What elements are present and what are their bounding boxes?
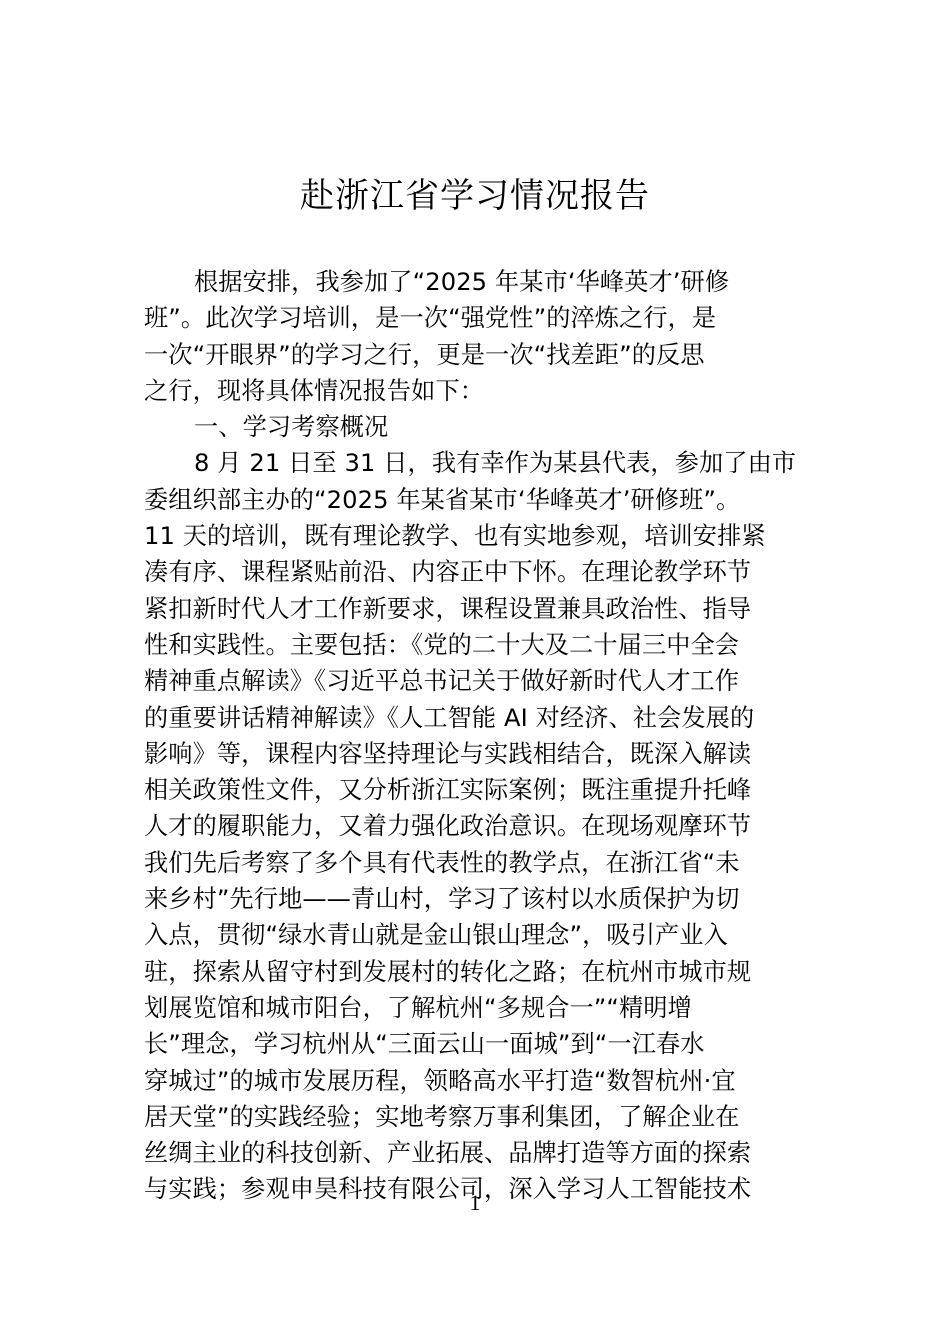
text-line: 居天堂”的实践经验；实地考察万事利集团，了解企业在: [144, 1099, 814, 1135]
text-line: 凑有序、课程紧贴前沿、内容正中下怀。在理论教学环节: [144, 554, 814, 590]
text-line: 精神重点解读》《习近平总书记关于做好新时代人才工作: [144, 663, 814, 699]
section-heading: 一、学习考察概况: [144, 409, 814, 445]
text-line: 8 月 21 日至 31 日，我有幸作为某县代表，参加了由市: [144, 445, 814, 481]
page-number: 1: [0, 1188, 950, 1218]
text-line: 来乡村”先行地——青山村，学习了该村以水质保护为切: [144, 881, 814, 917]
text-line: 紧扣新时代人才工作新要求，课程设置兼具政治性、指导: [144, 591, 814, 627]
text-line: 委组织部主办的“2025 年某省某市‘华峰英才’研修班”。: [144, 482, 814, 518]
text-line: 班”。此次学习培训，是一次“强党性”的淬炼之行，是: [144, 300, 814, 336]
document-body: 根据安排，我参加了“2025 年某市‘华峰英才’研修 班”。此次学习培训，是一次…: [144, 264, 814, 1208]
text-line: 根据安排，我参加了“2025 年某市‘华峰英才’研修: [144, 264, 814, 300]
text-line: 入点，贯彻“绿水青山就是金山银山理念”，吸引产业入: [144, 917, 814, 953]
text-line: 一次“开眼界”的学习之行，更是一次“找差距”的反思: [144, 337, 814, 373]
text-line: 长”理念，学习杭州从“三面云山一面城”到“一江春水: [144, 1026, 814, 1062]
text-line: 我们先后考察了多个具有代表性的教学点，在浙江省“未: [144, 845, 814, 881]
text-line: 11 天的培训，既有理论教学、也有实地参观，培训安排紧: [144, 518, 814, 554]
text-line: 驻，探索从留守村到发展村的转化之路；在杭州市城市规: [144, 954, 814, 990]
text-line: 性和实践性。主要包括：《党的二十大及二十届三中全会: [144, 627, 814, 663]
document-page: 赴浙江省学习情况报告 根据安排，我参加了“2025 年某市‘华峰英才’研修 班”…: [0, 0, 950, 1344]
text-line: 影响》等，课程内容坚持理论与实践相结合，既深入解读: [144, 736, 814, 772]
text-line: 穿城过”的城市发展历程，领略高水平打造“数智杭州·宜: [144, 1063, 814, 1099]
text-line: 人才的履职能力，又着力强化政治意识。在现场观摩环节: [144, 808, 814, 844]
text-line: 之行，现将具体情况报告如下：: [144, 373, 814, 409]
text-line: 相关政策性文件，又分析浙江实际案例；既注重提升托峰: [144, 772, 814, 808]
text-line: 丝绸主业的科技创新、产业拓展、品牌打造等方面的探索: [144, 1135, 814, 1171]
text-line: 划展览馆和城市阳台，了解杭州“多规合一”“精明增: [144, 990, 814, 1026]
text-line: 的重要讲话精神解读》《人工智能 AI 对经济、社会发展的: [144, 700, 814, 736]
document-title: 赴浙江省学习情况报告: [0, 172, 950, 220]
